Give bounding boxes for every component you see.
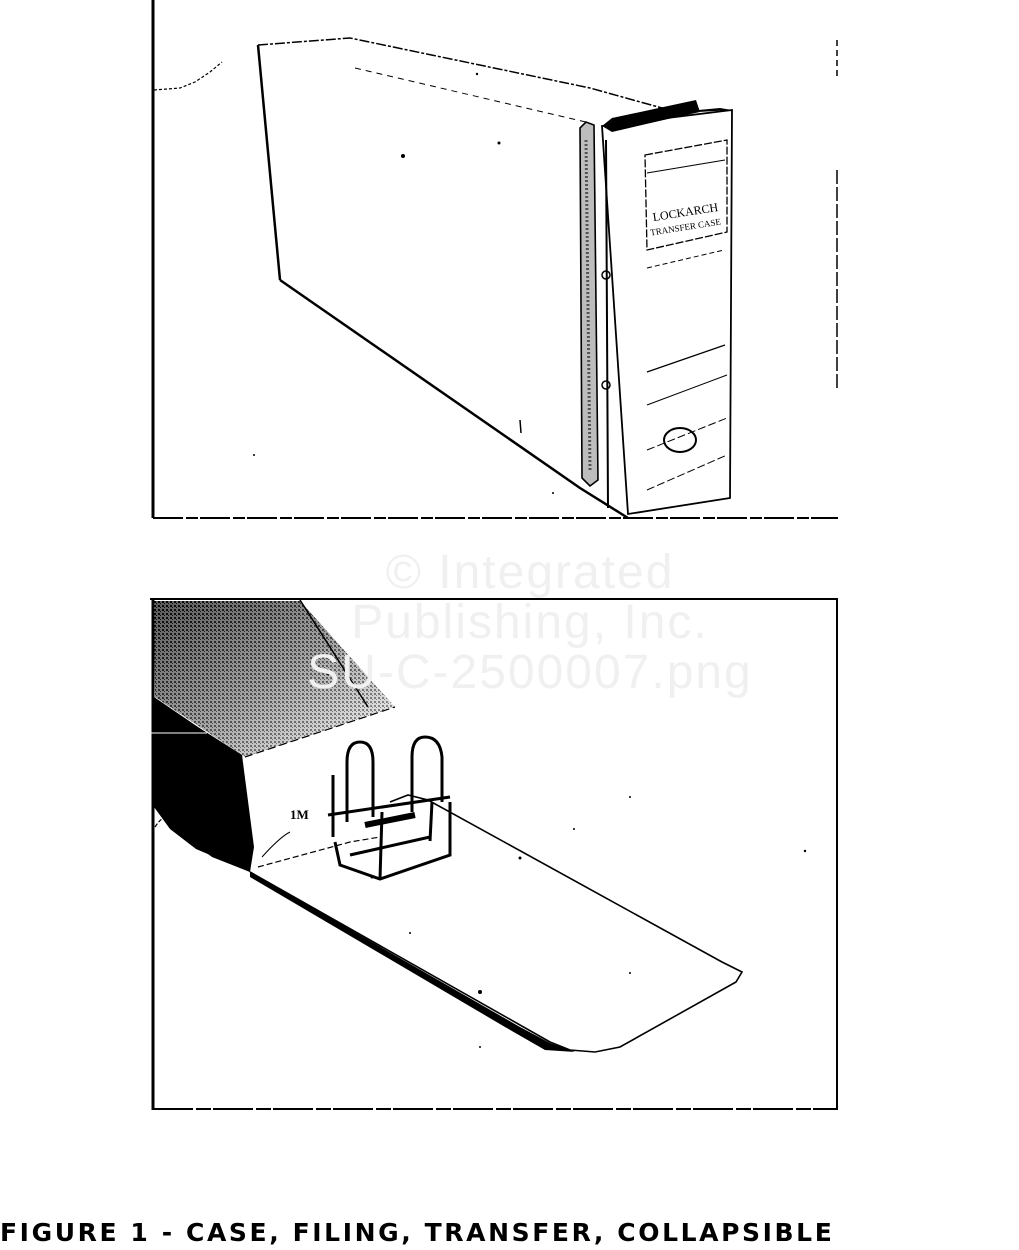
figure-open-case: 1M xyxy=(150,597,840,1112)
figure-caption: FIGURE 1 - CASE, FILING, TRANSFER, COLLA… xyxy=(0,1218,1019,1247)
watermark-line-1: © Integrated xyxy=(200,548,860,598)
open-case-illustration: 1M xyxy=(150,597,840,1112)
spine-mark: 1M xyxy=(290,807,309,822)
figure-closed-case: LOCKARCH TRANSFER CASE xyxy=(150,0,840,522)
closed-case-illustration: LOCKARCH TRANSFER CASE xyxy=(150,0,840,522)
lever-arch-mechanism xyxy=(328,737,450,879)
